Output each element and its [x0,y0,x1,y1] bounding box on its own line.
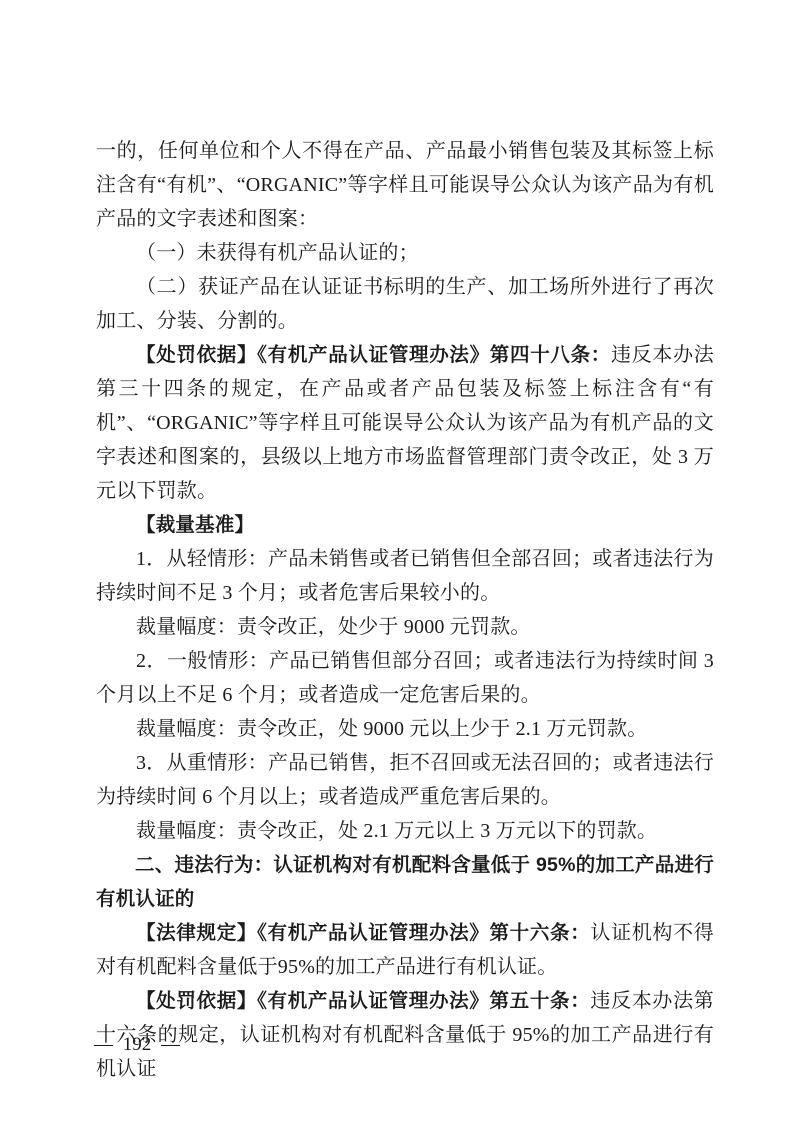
section-heading: 二、违法行为：认证机构对有机配料含量低于 95%的加工产品进行有机认证的 [96,848,714,916]
paragraph-bold-lead: 【裁量基准】 [136,514,254,536]
paragraph: 裁量幅度：责令改正，处 2.1 万元以上 3 万元以下的罚款。 [96,814,714,848]
paragraph: 【处罚依据】《有机产品认证管理办法》第五十条：违反本办法第十六条的规定，认证机构… [96,984,714,1086]
paragraph: 裁量幅度：责令改正，处 9000 元以上少于 2.1 万元罚款。 [96,712,714,746]
paragraph: 【裁量基准】 [96,508,714,542]
paragraph: （二）获证产品在认证证书标明的生产、加工场所外进行了再次加工、分装、分割的。 [96,270,714,338]
paragraph: 一的，任何单位和个人不得在产品、产品最小销售包装及其标签上标注含有“有机”、“O… [96,134,714,236]
page-number: — 192 — [94,1034,180,1055]
paragraph: 【法律规定】《有机产品认证管理办法》第十六条：认证机构不得对有机配料含量低于95… [96,916,714,984]
paragraph-bold-lead: 【法律规定】《有机产品认证管理办法》第十六条： [136,922,590,944]
document-page: 一的，任何单位和个人不得在产品、产品最小销售包装及其标签上标注含有“有机”、“O… [0,0,793,1122]
paragraph: 1．从轻情形：产品未销售或者已销售但全部召回；或者违法行为持续时间不足 3 个月… [96,542,714,610]
paragraph: 裁量幅度：责令改正，处少于 9000 元罚款。 [96,610,714,644]
paragraph: 3．从重情形：产品已销售，拒不召回或无法召回的；或者违法行为持续时间 6 个月以… [96,746,714,814]
paragraph-bold-lead: 【处罚依据】《有机产品认证管理办法》第四十八条： [136,344,611,366]
paragraph: 【处罚依据】《有机产品认证管理办法》第四十八条：违反本办法第三十四条的规定，在产… [96,338,714,508]
paragraph: 2．一般情形：产品已销售但部分召回；或者违法行为持续时间 3 个月以上不足 6 … [96,644,714,712]
paragraph-bold-lead: 【处罚依据】《有机产品认证管理办法》第五十条： [136,990,590,1012]
paragraph: （一）未获得有机产品认证的； [96,236,714,270]
page-footer: — 192 — [94,1031,180,1059]
document-body: 一的，任何单位和个人不得在产品、产品最小销售包装及其标签上标注含有“有机”、“O… [96,134,714,1086]
